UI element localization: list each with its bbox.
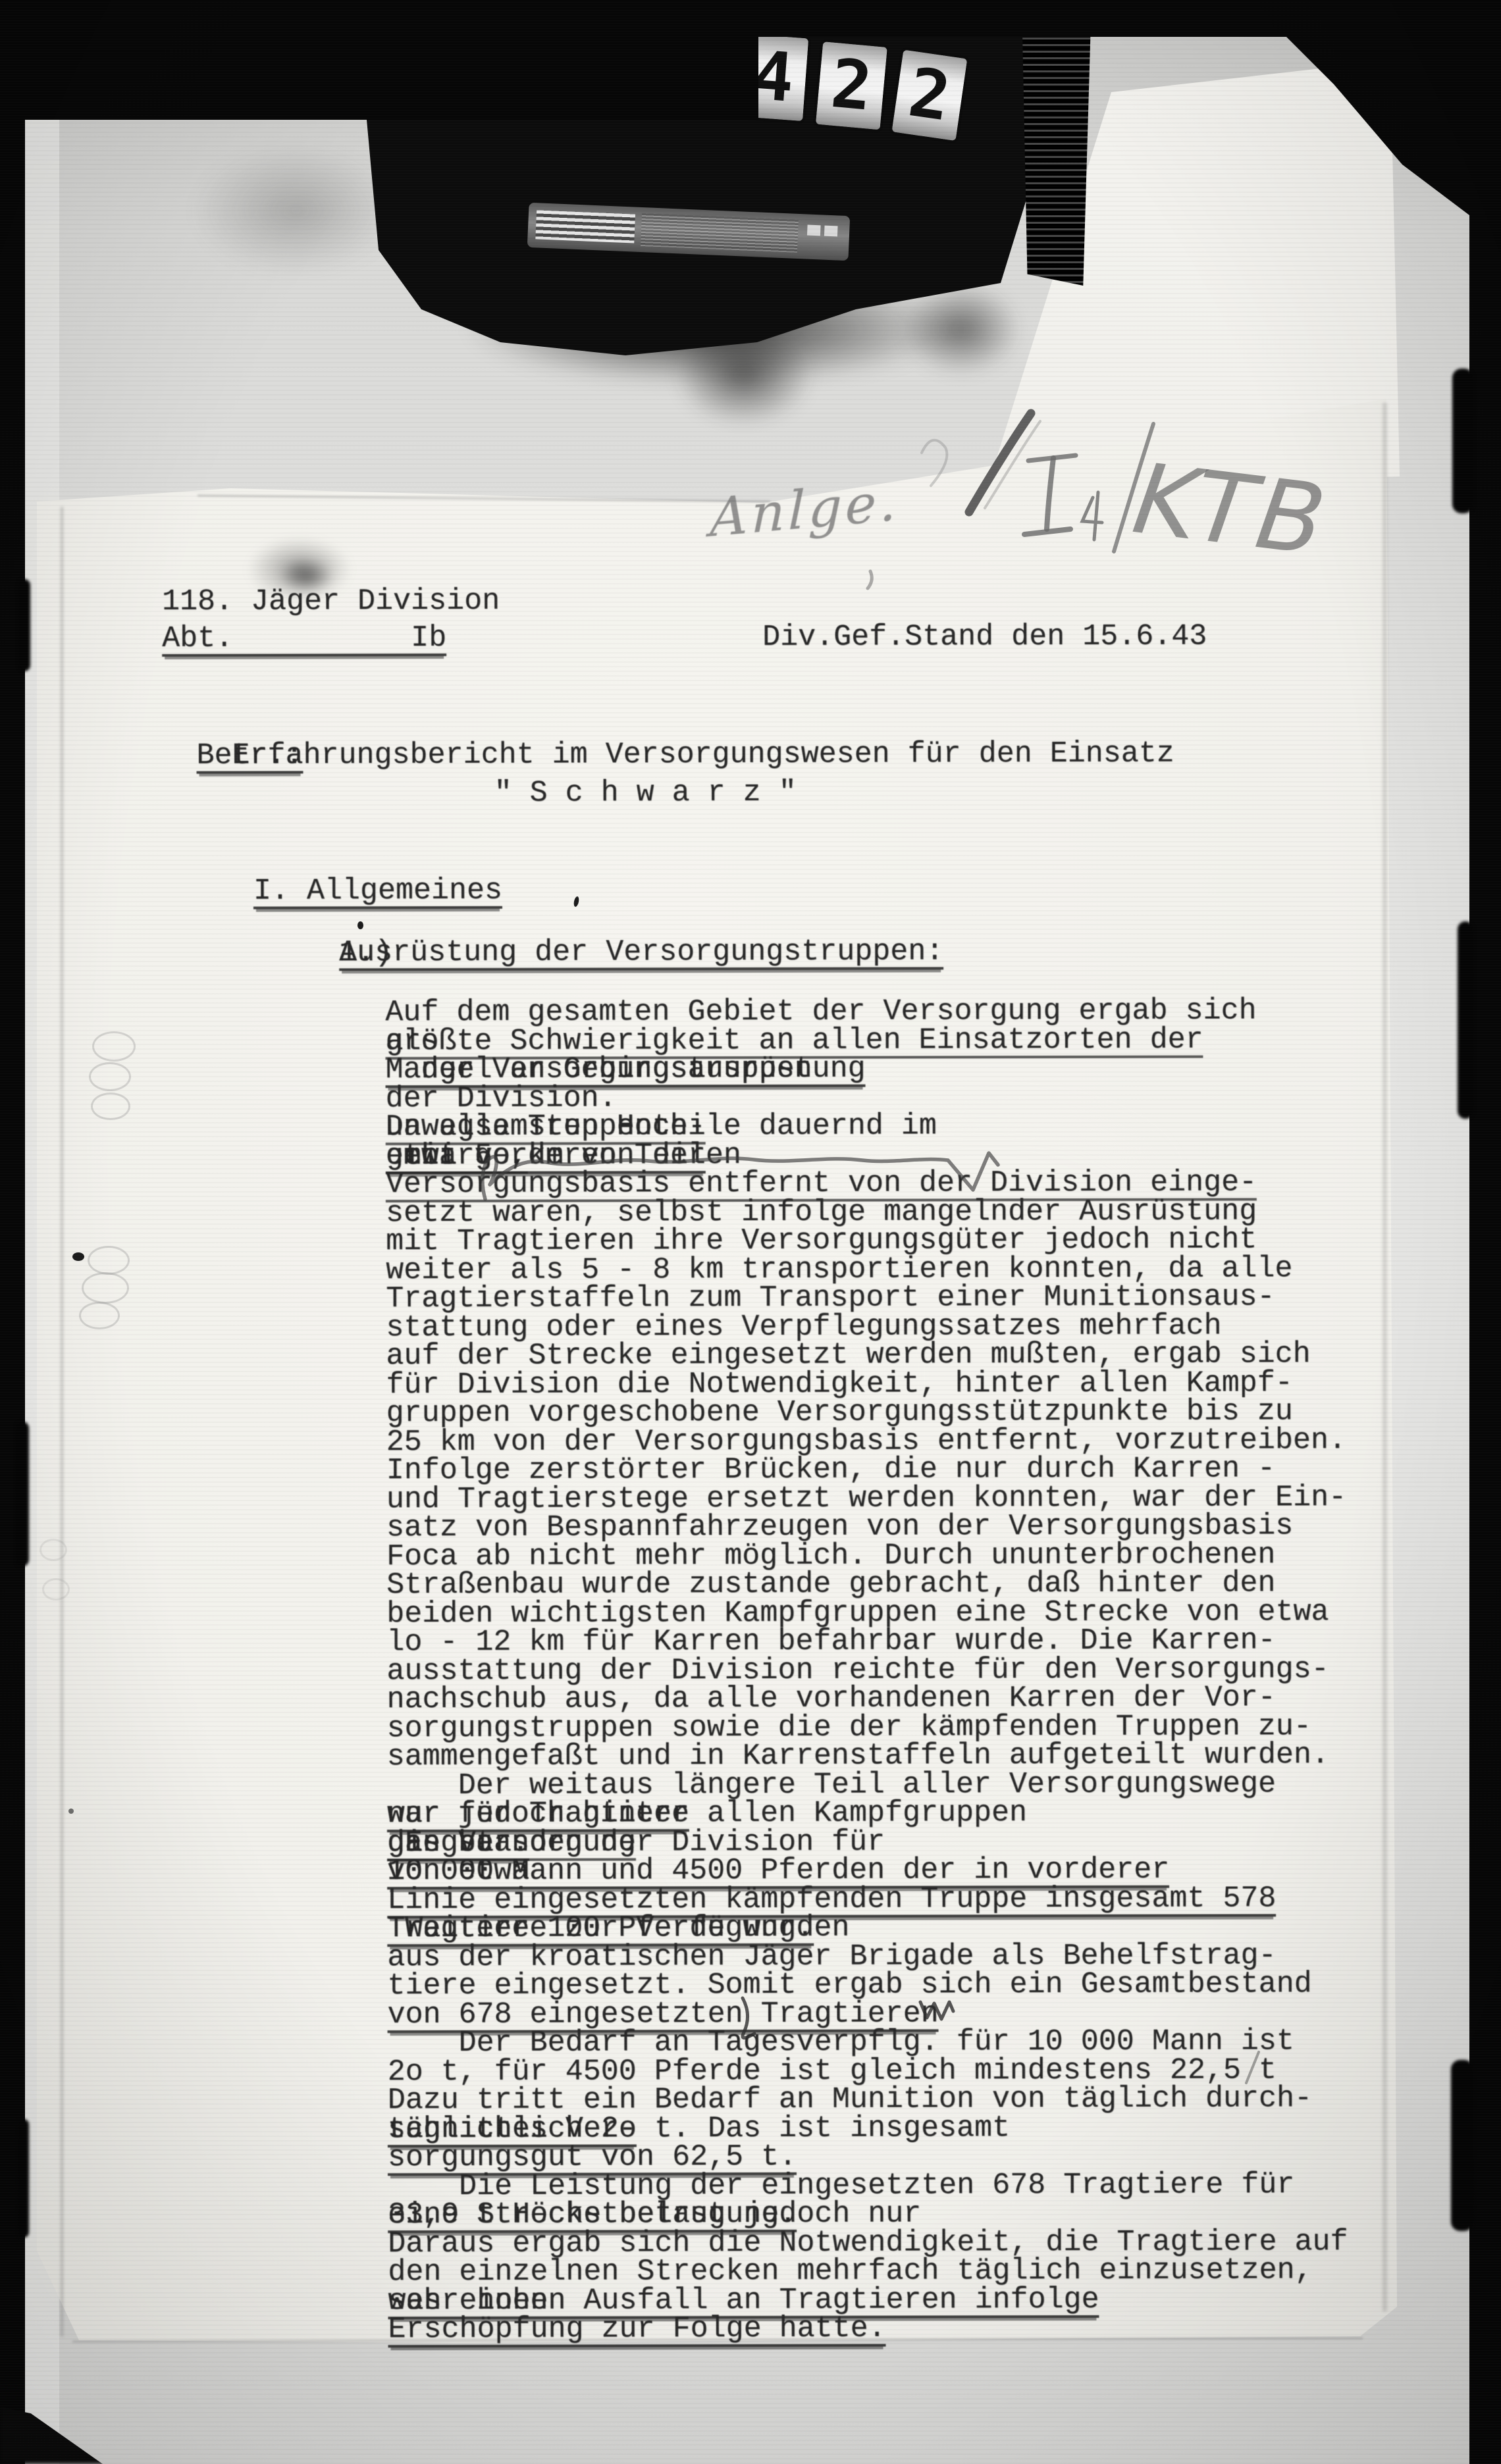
flag-motif-icon [535,210,635,243]
typed-segment: Dazu tritt ein Bedarf an Munition von tä… [388,2084,1312,2115]
typed-segment: " S c h w a r z " [494,778,797,808]
frame-right-jag [1458,921,1473,1119]
typed-segment: der Division. [386,1083,617,1114]
frame-top-left [0,0,758,120]
frame-right-jag [1451,2060,1473,2231]
typed-text-layer: 118. Jäger DivisionAbt. IbDiv.Gef.Stand … [0,0,1501,2464]
typed-segment: Abt. Ib [162,623,446,657]
plate-chip [824,226,838,237]
frame-left-band [0,117,25,2464]
typed-segment: den einzelnen Strecken mehrfach täglich … [388,2255,1312,2287]
frame-right-band [1469,0,1501,2464]
plate-fine-print [641,213,799,253]
typed-segment: tiere eingesetzt. Somit ergab sich ein G… [387,1969,1311,2001]
counter-digit: 2 [813,39,891,133]
typed-segment: I. Allgemeines [253,876,502,910]
typed-segment: der Versorgungstruppen [385,1054,812,1085]
typed-segment: Erschöpfung zur Folge hatte. [388,2314,885,2348]
counter-digit: 2 [889,47,970,144]
frame-left-jag [18,2119,29,2238]
frame-left-jag [18,579,30,671]
plate-chip [807,225,821,236]
frame-right-jag [1452,369,1473,513]
microfilm-frame: 118. Jäger DivisionAbt. IbDiv.Gef.Stand … [0,0,1501,2464]
frame-left-jag [16,1422,29,1566]
typed-segment: Div.Gef.Stand den 15.6.43 [762,622,1207,652]
typed-segment: Erfahrungsbericht im Versorgungswesen fü… [196,739,1174,771]
counter-knurled-knob [1022,0,1092,286]
typed-segment: Ausrüstung der Versorgungstruppen: [339,937,943,971]
typed-segment: 118. Jäger Division [162,586,500,617]
typed-segment: Weitere 100 Pferde wurden [387,1913,849,1943]
